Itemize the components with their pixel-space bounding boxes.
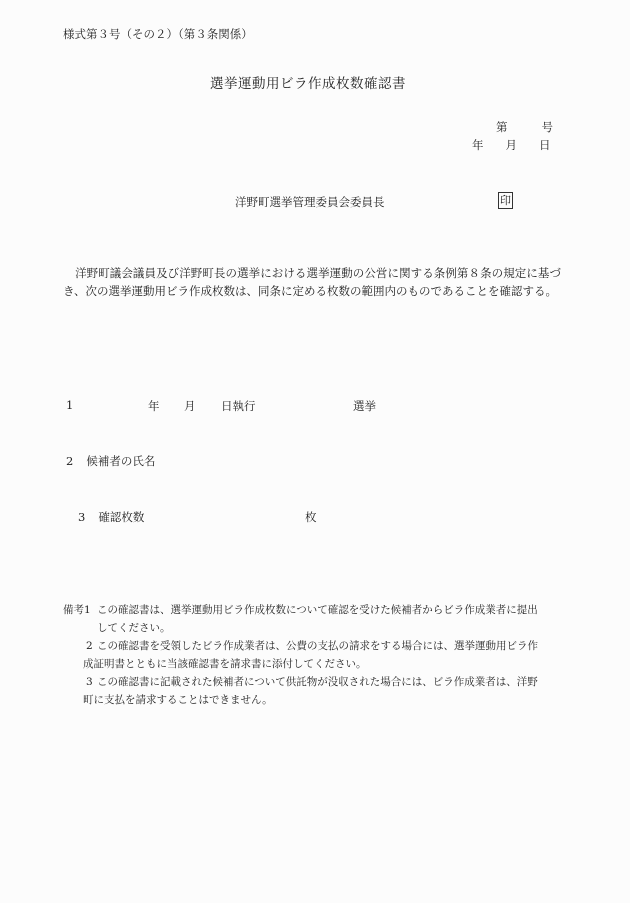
item-unit: 枚 xyxy=(305,509,317,525)
item-number: 2 xyxy=(66,454,73,468)
note-number: 1 xyxy=(84,604,91,616)
notes-section: 備考1 この確認書は、選挙運動用ビラ作成枚数について確認を受けた候補者からビラ作… xyxy=(63,601,568,709)
item-3-confirmed-count: 3確認枚数 枚 xyxy=(78,509,144,525)
date-month: 月 xyxy=(506,138,518,152)
item-number: 3 xyxy=(78,510,85,524)
document-number-line: 第号 xyxy=(496,119,553,135)
note-1-cont: してください。 xyxy=(63,619,568,637)
item-number: 1 xyxy=(66,398,73,412)
note-line: この確認書に記載された候補者について供託物が没収された場合には、ビラ作成業者は、… xyxy=(97,673,568,691)
item-label: 候補者の氏名 xyxy=(86,454,155,468)
note-line: 成証明書とともに当該確認書を請求書に添付してください。 xyxy=(83,655,568,673)
number-prefix: 第 xyxy=(496,120,508,134)
document-title: 選挙運動用ビラ作成枚数確認書 xyxy=(210,72,406,92)
date-day: 日 xyxy=(539,138,551,152)
issuer-name: 洋野町選挙管理委員会委員長 xyxy=(235,194,385,210)
note-line: この確認書は、選挙運動用ビラ作成枚数について確認を受けた候補者からビラ作成業者に… xyxy=(97,601,568,619)
notes-heading-label: 備考 xyxy=(63,604,84,616)
note-1: 備考1 この確認書は、選挙運動用ビラ作成枚数について確認を受けた候補者からビラ作… xyxy=(63,601,568,619)
note-heading: 備考1 xyxy=(63,601,91,619)
body-text: 洋野町議会議員及び洋野町長の選挙における選挙運動の公営に関する条例第８条の規定に… xyxy=(63,266,561,298)
seal-mark: 印 xyxy=(498,192,513,209)
item-year: 年 xyxy=(148,398,160,414)
item-day: 日執行 xyxy=(221,398,256,414)
item-label: 確認枚数 xyxy=(98,510,144,524)
note-3: 3 この確認書に記載された候補者について供託物が没収された場合には、ビラ作成業者… xyxy=(63,673,568,691)
date-year: 年 xyxy=(472,138,484,152)
item-election: 選挙 xyxy=(353,398,376,414)
body-paragraph: 洋野町議会議員及び洋野町長の選挙における選挙運動の公営に関する条例第８条の規定に… xyxy=(63,264,561,300)
note-number: 2 xyxy=(86,637,93,655)
item-1-election-date: 1 年 月 日執行 選挙 xyxy=(66,398,73,412)
number-suffix: 号 xyxy=(542,120,554,134)
note-line: してください。 xyxy=(97,619,568,637)
note-line: この確認書を受領したビラ作成業者は、公費の支払の請求をする場合には、選挙運動用ビ… xyxy=(97,637,568,655)
form-number: 様式第３号（その２）（第３条関係） xyxy=(63,26,253,42)
note-2: 2 この確認書を受領したビラ作成業者は、公費の支払の請求をする場合には、選挙運動… xyxy=(63,637,568,655)
document-date-line: 年月日 xyxy=(472,137,551,153)
note-number: 3 xyxy=(86,673,93,691)
item-month: 月 xyxy=(184,398,196,414)
note-2-cont: 成証明書とともに当該確認書を請求書に添付してください。 xyxy=(63,655,568,673)
note-line: 町に支払を請求することはできません。 xyxy=(83,691,568,709)
item-2-candidate-name: 2候補者の氏名 xyxy=(66,453,155,469)
note-3-cont: 町に支払を請求することはできません。 xyxy=(63,691,568,709)
